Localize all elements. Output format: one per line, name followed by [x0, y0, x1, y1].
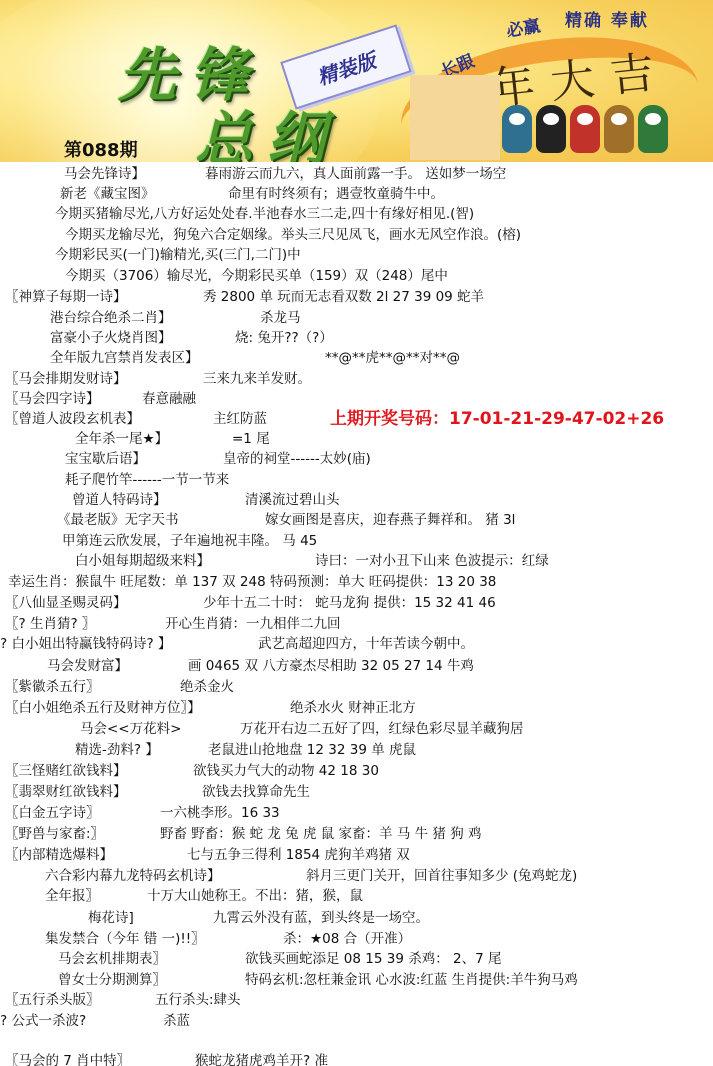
content-line-value: 开心生肖猜：一九相伴二九回 — [165, 614, 341, 634]
content-line-label: 〖五行杀头版〗 — [5, 990, 100, 1010]
content-line-value: 五行杀头:肆头 — [155, 990, 241, 1010]
content-line-label: 《最老版》无字天书 — [57, 510, 179, 530]
content-line-label: 马会玄机排期表〗 — [58, 949, 166, 969]
content-line-label: 〖白小姐绝杀五行及财神方位〗】 — [5, 698, 201, 718]
content-line-label: 〖紫徽杀五行〗 — [5, 677, 100, 697]
content-line-label: 〖白金五字诗〗 — [5, 803, 100, 823]
content-line-label: 今期买（3706）输尽光，今期彩民买单（159）双（248）尾中 — [65, 266, 448, 286]
mascot-group — [502, 105, 668, 153]
content-line-label: 〖野兽与家畜:〗 — [5, 824, 104, 844]
content-line-value: 嫁女画图是喜庆，迎春燕子舞祥和。 猪 3l — [265, 510, 515, 530]
content-line-value: 斜月三更门关开，回首往事知多少 (兔鸡蛇龙) — [306, 866, 577, 886]
content-line-value: 杀龙马 — [260, 308, 301, 328]
content-line-label: 〖马会的 7 肖中特〗 — [5, 1051, 130, 1066]
content-line-value: 一六桃李形。16 33 — [160, 803, 280, 823]
content-line-value: 命里有时终须有；遇壹牧童骑牛中。 — [228, 184, 444, 204]
content-line-value: 特码玄机:忽枉兼金讯 心水波:红蓝 生肖提供:羊牛狗马鸡 — [245, 970, 578, 990]
content-line-value: 诗曰：一对小丑下山来 色波提示：红绿 — [315, 551, 549, 571]
content-line-label: 幸运生肖：猴鼠牛 旺尾数：单 137 双 248 特码预测：单大 旺码提供：13… — [8, 572, 496, 592]
content-line-value: =1 尾 — [232, 429, 270, 449]
content-line-label: 〖? 生肖猜? 〗 — [5, 614, 95, 634]
content-line-label: 〖马会排期发财诗】 — [5, 369, 127, 389]
content-line-label: 全年报〗 — [45, 886, 99, 906]
content-line-value: 欲钱买画蛇添足 08 15 39 杀鸡： 2、7 尾 — [245, 949, 501, 969]
content-line-value: 九霄云外没有蓝，到头终是一场空。 — [213, 908, 429, 928]
content-line-value: 烧: 兔开??（?） — [235, 328, 333, 348]
content-line-value: 野畜 野畜：猴 蛇 龙 兔 虎 鼠 家畜：羊 马 牛 猪 狗 鸡 — [160, 824, 482, 844]
content-line-value: 三来九来羊发财。 — [203, 369, 311, 389]
content-line-label: 富豪小子火烧肖图】 — [50, 328, 172, 348]
content-line-value: 老鼠进山抢地盘 12 32 39 单 虎鼠 — [208, 740, 416, 760]
content-line-label: 今期彩民买(一门)输精光,买(三门,二门)中 — [55, 245, 301, 265]
content-line-value: 万花开右边二五好了四，红绿色彩尽显羊藏狗居 — [240, 719, 524, 739]
content-line-value: 春意融融 — [142, 389, 196, 409]
content-line-label: 〖曾道人波段玄机表】 — [5, 409, 140, 429]
content-line-label: 曾女士分期测算〗 — [58, 970, 166, 990]
content-line-label: 港台综合绝杀二肖】 — [50, 308, 172, 328]
content-line-label: 精选-劲料? 】 — [75, 740, 159, 760]
mascot-icon — [536, 105, 566, 153]
content-line-value: 七与五争三得利 1854 虎狗羊鸡猪 双 — [187, 845, 410, 865]
content-line-value: 主红防蓝 — [213, 409, 267, 429]
masked-region — [410, 75, 500, 160]
content-line-label: 〖八仙显圣赐灵码】 — [5, 593, 127, 613]
slogan-right: 精确 奉献 — [565, 6, 649, 31]
content-line-label: 六合彩内幕九龙特码玄机诗】 — [45, 866, 221, 886]
content-line-label: 今期买龙输尽光，狗兔六合定姻缘。举头三尺见凤飞，画水无风空作浪。(榕) — [65, 225, 521, 245]
content-line-value: 清溪流过碧山头 — [245, 490, 340, 510]
mascot-icon — [604, 105, 634, 153]
content-line-label: 全年杀一尾★】 — [75, 429, 168, 449]
content-line-label: 〖内部精选爆料】 — [5, 845, 113, 865]
content-line-value: 绝杀金火 — [180, 677, 234, 697]
content-line-label: 甲第连云欣发展，子年遍地祝丰隆。 马 45 — [62, 531, 317, 551]
latest-result: 上期开奖号码：17-01-21-29-47-02+26 — [330, 404, 664, 429]
content-line-value: 杀蓝 — [163, 1011, 190, 1031]
content-line-label: 〖三怪赌红欲钱料】 — [5, 761, 127, 781]
content-line-value: 欲钱去找算命先生 — [202, 782, 310, 802]
content-line-label: 白小姐每期超级来料】 — [75, 551, 210, 571]
content-line-value: 画 0465 双 八方豪杰尽相助 32 05 27 14 牛鸡 — [188, 656, 474, 676]
content-line-value: 武艺高超迎四方，十年苦读今朝中。 — [258, 634, 474, 654]
content-line-label: 〖翡翠财红欲钱料】 — [5, 782, 127, 802]
content-line-label: 宝宝歇后语】 — [65, 449, 146, 469]
content-line-value: 欲钱买力气大的动物 42 18 30 — [193, 761, 379, 781]
content-line-value: 猴蛇龙猪虎鸡羊开? 准 — [195, 1051, 328, 1066]
slogan-mid: 必赢 — [504, 11, 542, 42]
content-line-label: 新老《藏宝图》 — [60, 184, 155, 204]
content-line-value: 杀：★08 合（开准） — [283, 929, 411, 949]
content-line-label: 曾道人特码诗】 — [72, 490, 167, 510]
content-line-label: ? 公式一杀波? — [0, 1011, 86, 1031]
issue-number: 第088期 — [64, 136, 138, 162]
content-line-value: 皇帝的祠堂------太妙(庙) — [223, 449, 371, 469]
content-line-label: 全年版九宫禁肖发表区】 — [50, 348, 199, 368]
content-line-value: 暮雨游云而九六，真人面前露一手。 送如梦一场空 — [205, 164, 506, 184]
content-line-value: 少年十五二十时： 蛇马龙狗 提供：15 32 41 46 — [203, 593, 496, 613]
content-line-label: 〖马会四字诗】 — [5, 389, 100, 409]
header-banner: 先锋 总纲 精装版 长跟 必赢 精确 奉献 年大吉 第088期 — [0, 0, 713, 162]
content-line-label: 梅花诗] — [88, 908, 134, 928]
content-line-label: 集发禁合（今年 错 一)!!〗 — [45, 929, 205, 949]
content-line-label: 今期买猪输尽光,八方好运处处春.半池春水三二走,四十有缘好相见.(智) — [55, 204, 474, 224]
mascot-icon — [570, 105, 600, 153]
content-line-label: ? 白小姐出特赢钱特码诗? 】 — [0, 634, 171, 654]
content-line-value: 绝杀水火 财神正北方 — [290, 698, 416, 718]
mascot-icon — [638, 105, 668, 153]
content-line-label: 马会发财富】 — [47, 656, 128, 676]
content-line-label: 马会<<万花料> — [80, 719, 181, 739]
content-line-value: **@**虎**@**对**@ — [325, 348, 460, 368]
content-line-value: 秀 2800 单 玩而无志看双数 2l 27 39 09 蛇羊 — [203, 287, 484, 307]
mascot-icon — [502, 105, 532, 153]
content-line-value: 十万大山她称王。不出：猪，猴，鼠 — [147, 886, 363, 906]
content-line-label: 马会先锋诗】 — [64, 164, 145, 184]
content-line-label: 〖神算子每期一诗】 — [5, 287, 127, 307]
content-line-label: 耗子爬竹竿------一节一节来 — [65, 470, 229, 490]
